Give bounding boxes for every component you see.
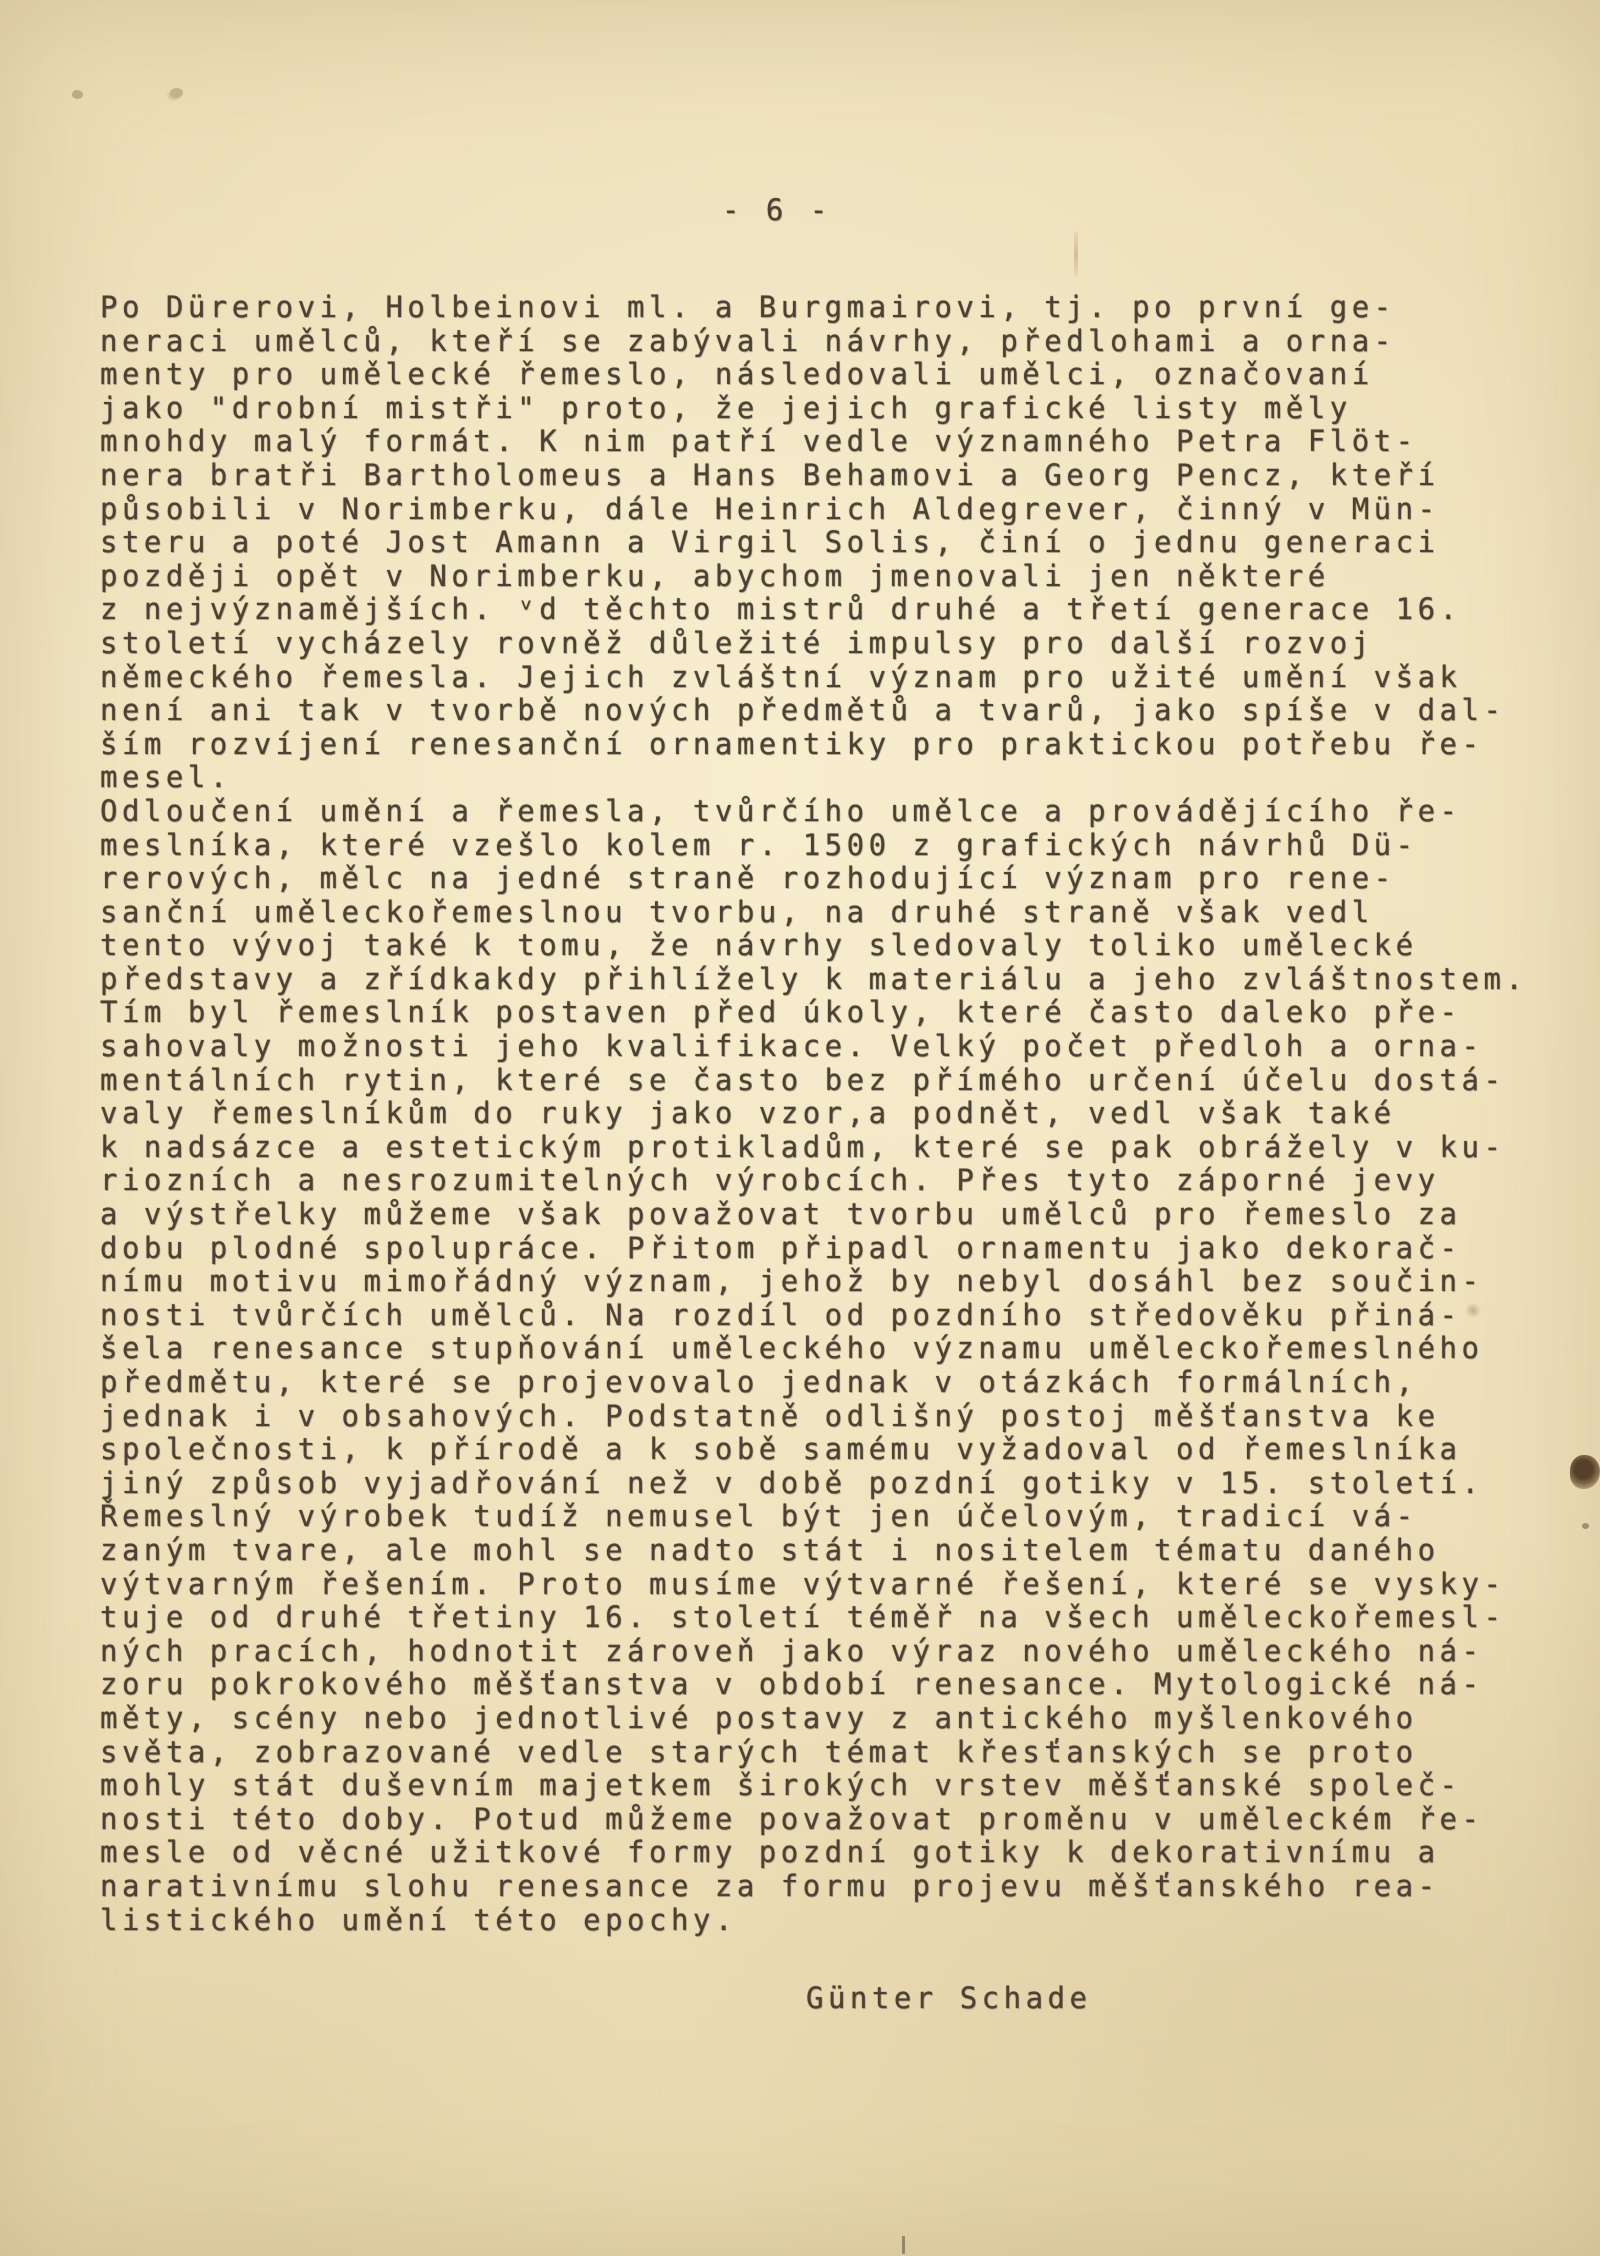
text-line: předmětu, které se projevovalo jednak v … [100, 1366, 1560, 1400]
text-line: z nejvýznamějších. ᵛd těchto mistrů druh… [100, 593, 1560, 627]
ink-dot [1582, 1523, 1589, 1529]
text-line: jako "drobní mistři" proto, že jejich gr… [100, 392, 1560, 426]
text-line: není ani tak v tvorbě nových předmětů a … [100, 694, 1560, 728]
text-line: sanční uměleckořemeslnou tvorbu, na druh… [100, 896, 1560, 930]
text-line: nímu motivu mimořádný význam, jehož by n… [100, 1265, 1560, 1299]
text-line: mentálních rytin, které se často bez pří… [100, 1064, 1560, 1098]
text-line: riozních a nesrozumitelných výrobcích. P… [100, 1164, 1560, 1198]
author-signature: Günter Schade [806, 1981, 1091, 2015]
text-line: narativnímu slohu renesance za formu pro… [100, 1870, 1560, 1904]
text-line: k nadsázce a estetickým protikladům, kte… [100, 1131, 1560, 1165]
text-line: jednak i v obsahových. Podstatně odlišný… [100, 1400, 1560, 1434]
text-line: zaným tvare, ale mohl se nadto stát i no… [100, 1534, 1560, 1568]
text-line: Tím byl řemeslník postaven před úkoly, k… [100, 996, 1560, 1030]
text-line: a výstřelky můžeme však považovat tvorbu… [100, 1198, 1560, 1232]
text-line: meslníka, které vzešlo kolem r. 1500 z g… [100, 829, 1560, 863]
text-line: nosti tvůrčích umělců. Na rozdíl od pozd… [100, 1299, 1560, 1333]
text-line: jiný způsob vyjadřování než v době pozdn… [100, 1467, 1560, 1501]
body-text: Po Dürerovi, Holbeinovi ml. a Burgmairov… [100, 291, 1560, 1937]
text-line: století vycházely rovněž důležité impuls… [100, 627, 1560, 661]
text-line: později opět v Norimberku, abychom jmeno… [100, 560, 1560, 594]
text-line: Řemeslný výrobek tudíž nemusel být jen ú… [100, 1500, 1560, 1534]
scan-artifact-line [1074, 231, 1078, 277]
text-line: společnosti, k přírodě a k sobě samému v… [100, 1433, 1560, 1467]
text-line: nosti této doby. Potud můžeme považovat … [100, 1803, 1560, 1837]
text-line: valy řemeslníkům do ruky jako vzor,a pod… [100, 1097, 1560, 1131]
text-line: představy a zřídkakdy přihlížely k mater… [100, 963, 1560, 997]
text-line: Po Dürerovi, Holbeinovi ml. a Burgmairov… [100, 291, 1560, 325]
text-line: tento vývoj také k tomu, že návrhy sledo… [100, 929, 1560, 963]
text-line: světa, zobrazované vedle starých témat k… [100, 1736, 1560, 1770]
text-line: mnohdy malý formát. K nim patří vedle vý… [100, 425, 1560, 459]
paper-speck [72, 90, 83, 99]
text-line: německého řemesla. Jejich zvláštní význa… [100, 661, 1560, 695]
text-line: tuje od druhé třetiny 16. století téměř … [100, 1601, 1560, 1635]
text-line: steru a poté Jost Amann a Virgil Solis, … [100, 526, 1560, 560]
text-line: mesle od věcné užitkové formy pozdní got… [100, 1836, 1560, 1870]
text-line: výtvarným řešením. Proto musíme výtvarné… [100, 1568, 1560, 1602]
ink-blot [1570, 1455, 1600, 1489]
text-line: menty pro umělecké řemeslo, následovali … [100, 358, 1560, 392]
text-line: ším rozvíjení renesanční ornamentiky pro… [100, 728, 1560, 762]
paper-speck [170, 88, 183, 98]
text-line: zoru pokrokového měšťanstva v období ren… [100, 1668, 1560, 1702]
text-line: šela renesance stupňování uměleckého výz… [100, 1332, 1560, 1366]
text-line: Odloučení umění a řemesla, tvůrčího uměl… [100, 795, 1560, 829]
text-line: působili v Norimberku, dále Heinrich Ald… [100, 493, 1560, 527]
text-line: rerových, mělc na jedné straně rozhodují… [100, 862, 1560, 896]
text-line: neraci umělců, kteří se zabývali návrhy,… [100, 325, 1560, 359]
text-line: dobu plodné spolupráce. Přitom připadl o… [100, 1232, 1560, 1266]
text-line: ných pracích, hodnotit zároveň jako výra… [100, 1635, 1560, 1669]
text-line: mesel. [100, 761, 1560, 795]
text-line: nera bratři Bartholomeus a Hans Behamovi… [100, 459, 1560, 493]
text-line: mohly stát duševním majetkem širokých vr… [100, 1769, 1560, 1803]
scanned-document-page: - 6 - Po Dürerovi, Holbeinovi ml. a Burg… [0, 0, 1600, 2256]
text-line: listického umění této epochy. [100, 1904, 1560, 1938]
scan-artifact-tick [902, 2236, 905, 2254]
page-number: - 6 - [722, 193, 832, 227]
text-line: sahovaly možnosti jeho kvalifikace. Velk… [100, 1030, 1560, 1064]
text-line: měty, scény nebo jednotlivé postavy z an… [100, 1702, 1560, 1736]
